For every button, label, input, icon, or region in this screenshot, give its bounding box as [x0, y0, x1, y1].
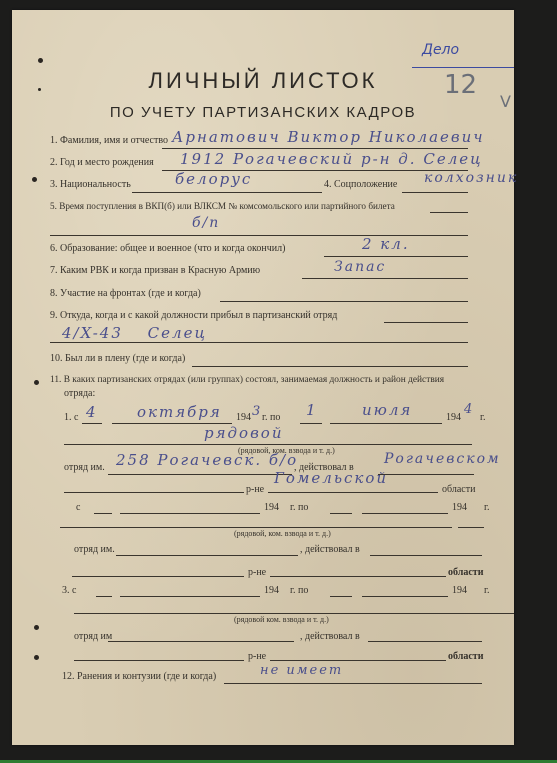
field-line: [108, 641, 294, 642]
field-line: [270, 576, 446, 577]
field-line: [330, 596, 352, 597]
from-year: 194: [236, 412, 251, 423]
field-12-label: 12. Ранения и контузии (где и когда): [62, 671, 216, 682]
field-11-label: 11. В каких партизанских отрядах (или гр…: [50, 375, 444, 385]
to-year: 194: [452, 585, 467, 596]
district-label: р-не: [246, 484, 264, 495]
field-11-label-cont: отряда:: [64, 388, 95, 399]
field-3-label: 3. Национальность: [50, 179, 131, 190]
field-line: [270, 660, 446, 661]
position-hint: (рядовой ком. взвода и т. д.): [234, 615, 329, 624]
field-9-value: 4/X-43 Селец: [62, 324, 207, 342]
entry-number: с: [76, 502, 80, 513]
punch-hole: [34, 655, 39, 660]
field-line: [74, 613, 514, 614]
field-line: [50, 342, 468, 343]
year-suffix: г.: [484, 585, 489, 596]
to-year-digit: 4: [464, 402, 474, 417]
entry-number: 1. с: [64, 412, 78, 423]
acted-label: , действовал в: [300, 544, 360, 555]
from-year: 194: [264, 585, 279, 596]
field-line: [384, 322, 468, 323]
field-line: [120, 596, 260, 597]
year-suffix: г.: [480, 412, 485, 423]
field-2-label: 2. Год и место рождения: [50, 157, 154, 168]
field-4-label: 4. Соцположение: [324, 179, 397, 190]
field-7-value: Запас: [334, 259, 386, 275]
field-9-label: 9. Откуда, когда и с какой должности при…: [50, 310, 337, 321]
field-line: [300, 423, 322, 424]
entry-number: 3. с: [62, 585, 76, 596]
from-year-digit: 3: [252, 404, 262, 419]
field-line: [224, 683, 482, 684]
field-1-value: Арнатович Виктор Николаевич: [172, 128, 485, 146]
field-line: [64, 444, 472, 445]
field-line: [362, 596, 448, 597]
to-year: 194: [446, 412, 461, 423]
from-day: 4: [86, 403, 98, 421]
field-line: [96, 596, 112, 597]
year-suffix: г.: [484, 502, 489, 513]
field-12-value: не имеет: [260, 663, 343, 678]
to-label: г. по: [262, 412, 280, 423]
field-line: [378, 474, 474, 475]
unit-label: отряд им.: [64, 462, 105, 473]
field-line: [132, 192, 322, 193]
field-line: [368, 641, 482, 642]
to-label: г. по: [290, 585, 308, 596]
field-line: [60, 527, 452, 528]
document-title: ЛИЧНЫЙ ЛИСТОК: [12, 68, 514, 94]
check-mark: V: [500, 92, 511, 111]
field-1-label: 1. Фамилия, имя и отчество: [50, 135, 168, 146]
unit-label: отряд им.: [74, 544, 115, 555]
field-line: [162, 148, 468, 149]
stamp-underline: [412, 67, 514, 68]
acted-label: , действовал в: [300, 631, 360, 642]
field-line: [116, 555, 298, 556]
punch-hole: [32, 177, 37, 182]
field-line: [330, 423, 442, 424]
region-label: области: [448, 567, 483, 578]
field-line: [268, 492, 438, 493]
district-value: Рогачевском: [384, 451, 501, 467]
region-value: Гомельской: [274, 469, 388, 487]
unit-label: отряд им: [74, 631, 112, 642]
district-label: р-не: [248, 651, 266, 662]
field-5-value: б/п: [192, 215, 220, 231]
punch-hole: [34, 380, 39, 385]
field-4-value: колхозник: [424, 170, 518, 186]
field-3-value: белорус: [175, 170, 252, 188]
field-line: [370, 555, 482, 556]
field-line: [72, 576, 244, 577]
field-8-label: 8. Участие на фронтах (где и когда): [50, 288, 201, 299]
field-line: [458, 527, 484, 528]
field-line: [330, 513, 352, 514]
region-label: области: [448, 651, 483, 662]
field-7-label: 7. Каким РВК и когда призван в Красную А…: [50, 265, 260, 276]
to-month: июля: [362, 401, 412, 419]
field-line: [94, 513, 112, 514]
region-label: области: [442, 484, 475, 495]
field-10-label: 10. Был ли в плену (где и когда): [50, 353, 185, 364]
unit-value: 258 Рогачевск. б/о: [116, 451, 298, 469]
from-month: октября: [137, 403, 222, 421]
file-stamp: Дело: [422, 42, 459, 58]
field-6-label: 6. Образование: общее и военное (что и к…: [50, 243, 285, 254]
field-line: [64, 492, 244, 493]
field-line: [192, 366, 468, 367]
field-line: [108, 474, 292, 475]
personnel-record-sheet: ЛИЧНЫЙ ЛИСТОК ПО УЧЕТУ ПАРТИЗАНСКИХ КАДР…: [12, 10, 514, 745]
field-line: [430, 212, 468, 213]
district-label: р-не: [248, 567, 266, 578]
field-line: [74, 660, 244, 661]
to-label: г. по: [290, 502, 308, 513]
from-year: 194: [264, 502, 279, 513]
to-day: 1: [306, 401, 318, 419]
field-line: [324, 256, 468, 257]
field-6-value: 2 кл.: [362, 235, 410, 253]
field-line: [402, 192, 468, 193]
punch-hole: [34, 625, 39, 630]
document-subtitle: ПО УЧЕТУ ПАРТИЗАНСКИХ КАДРОВ: [12, 104, 514, 121]
punch-hole: [38, 58, 43, 63]
field-2-value: 1912 Рогачевский р-н д. Селец: [180, 150, 483, 168]
position-value: рядовой: [204, 424, 284, 442]
file-number: 12: [444, 70, 477, 100]
position-hint: (рядовой, ком. взвода и т. д.): [234, 529, 331, 538]
field-line: [220, 301, 468, 302]
field-line: [362, 513, 448, 514]
field-line: [120, 513, 260, 514]
field-line: [302, 278, 468, 279]
field-line: [82, 423, 102, 424]
field-5-label: 5. Время поступления в ВКП(б) или ВЛКСМ …: [50, 201, 395, 211]
to-year: 194: [452, 502, 467, 513]
